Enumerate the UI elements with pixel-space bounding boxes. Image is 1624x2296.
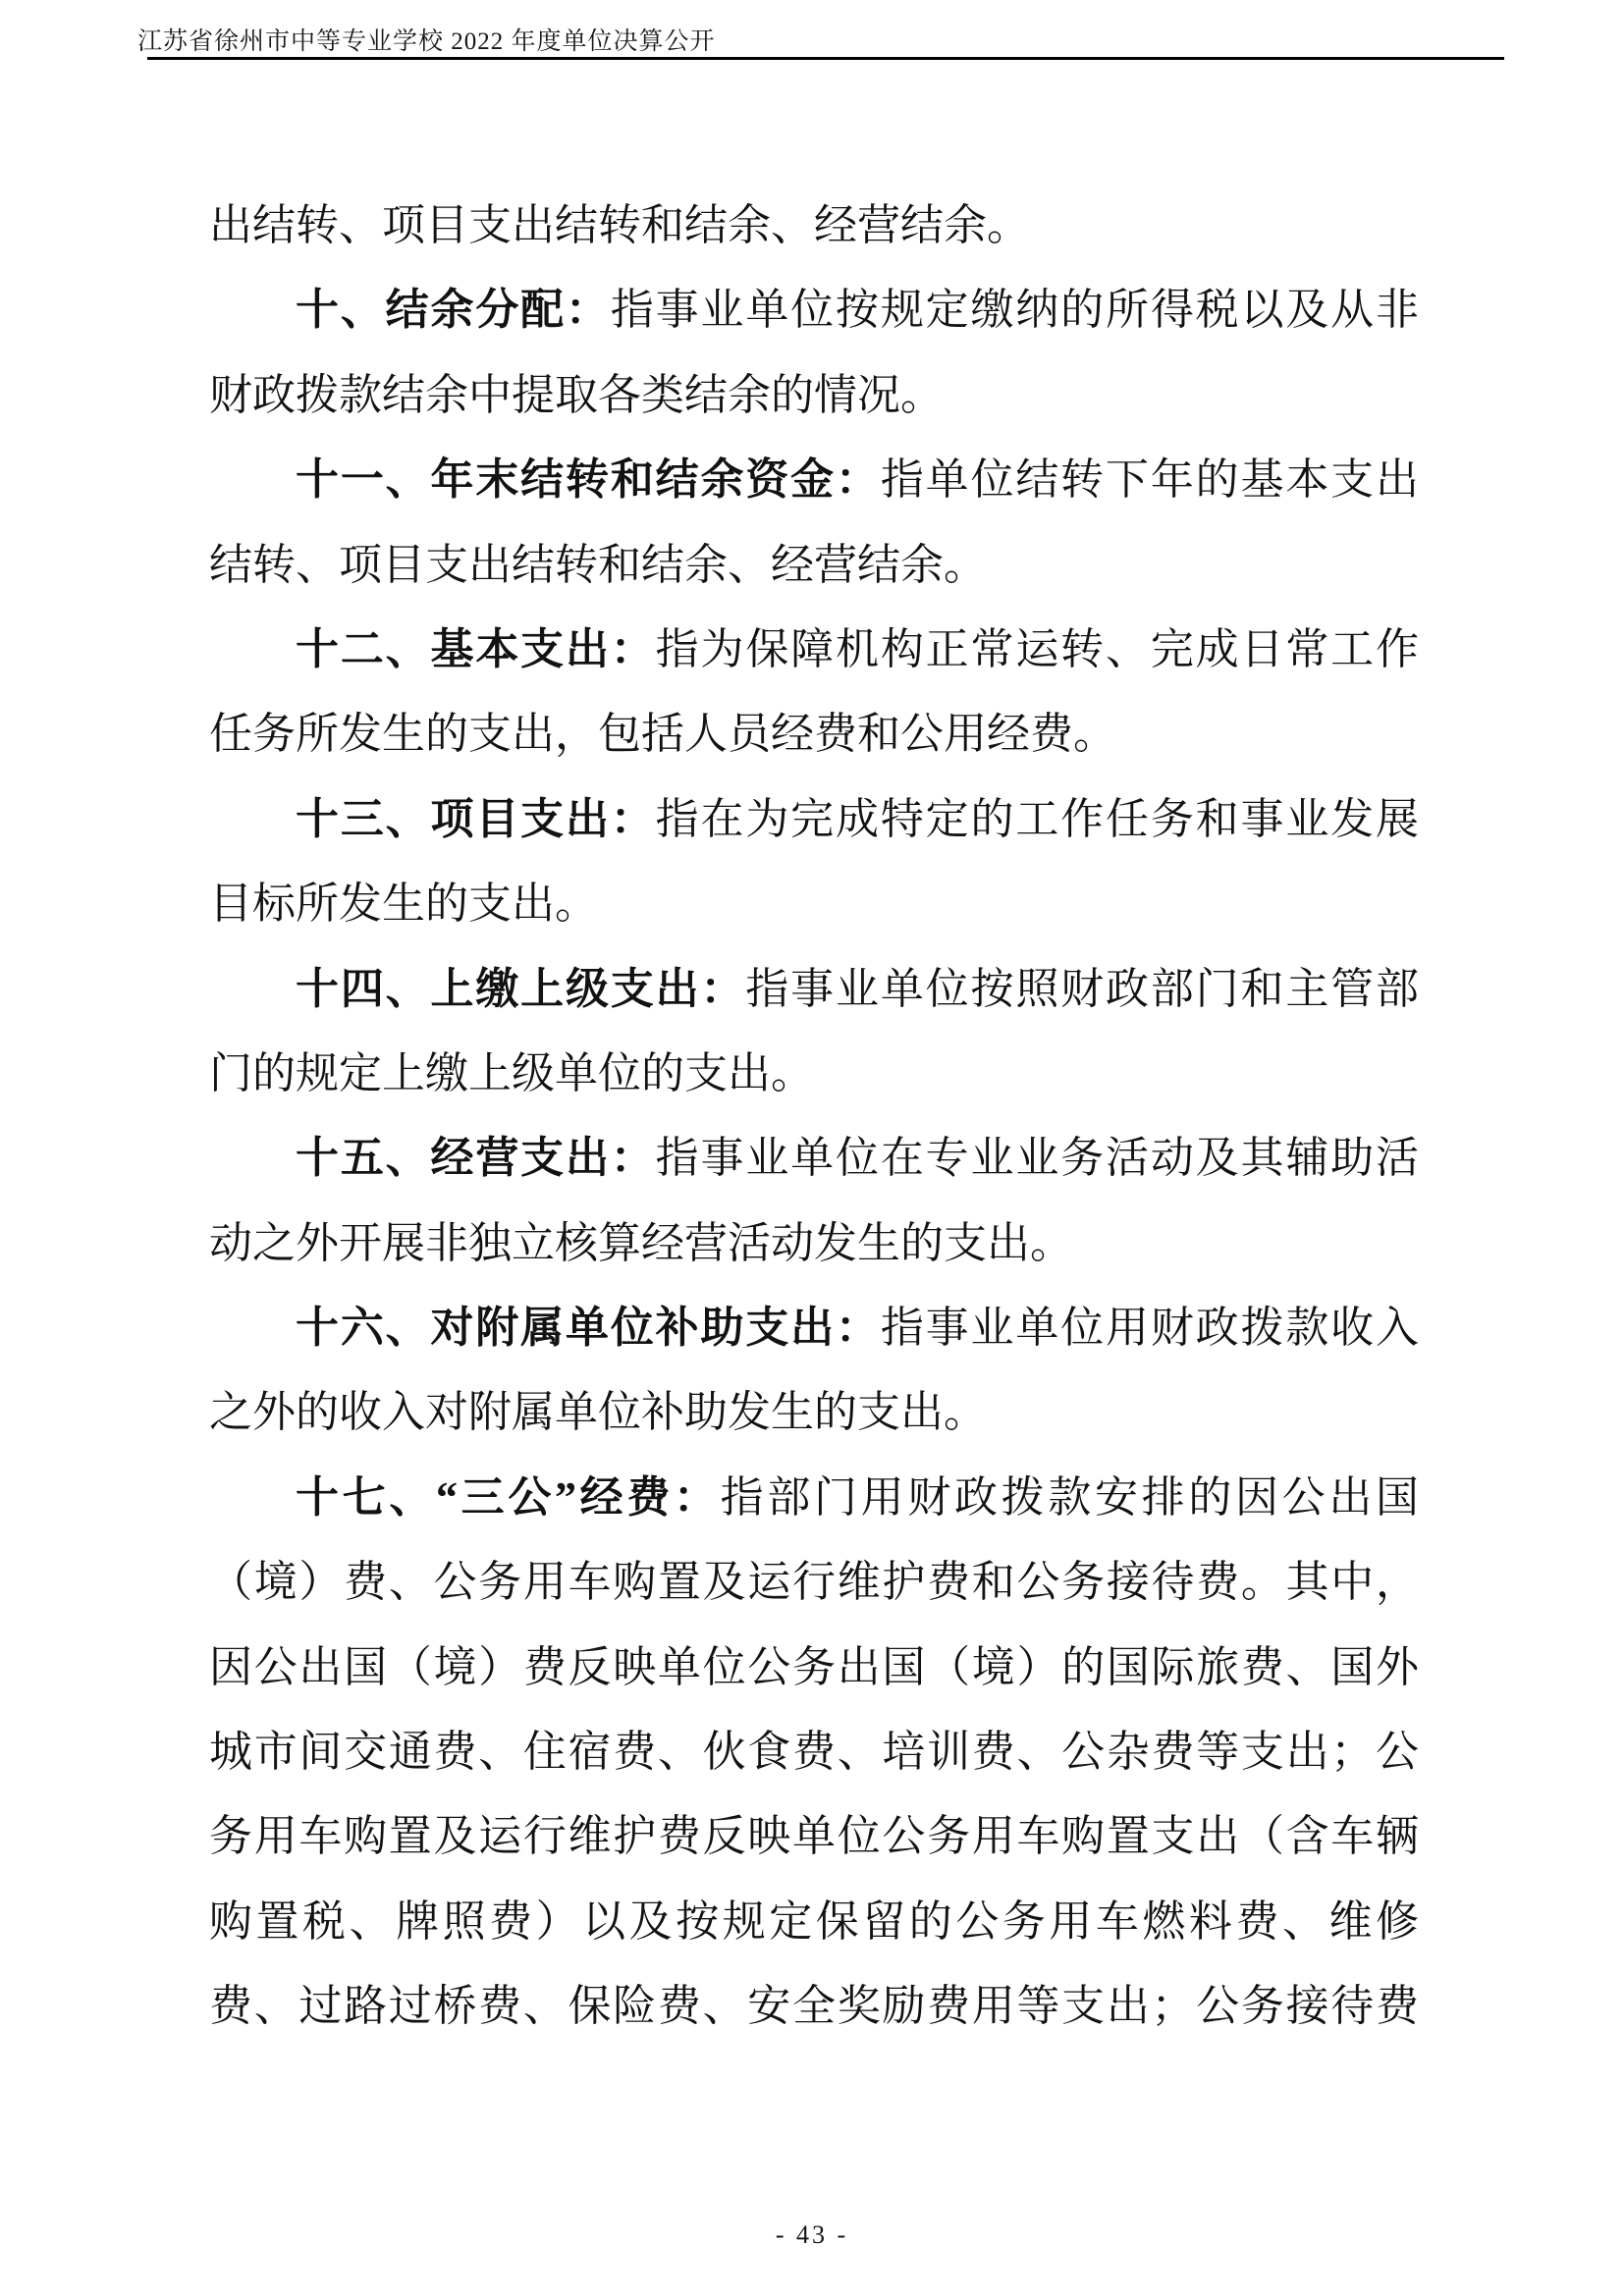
text-line: 动之外开展非独立核算经营活动发生的支出。 [209, 1201, 1419, 1286]
page-number: - 43 - [0, 2220, 1624, 2250]
line-text: 购置税、牌照费）以及按规定保留的公务用车燃料费、维修 [209, 1897, 1419, 1946]
term-heading: 十四、上缴上级支出： [296, 965, 745, 1013]
line-text: 目标所发生的支出。 [209, 880, 598, 928]
text-line: 费、过路过桥费、保险费、安全奖励费用等支出；公务接待费 [209, 1964, 1419, 2049]
line-text: 门的规定上缴上级单位的支出。 [209, 1049, 814, 1097]
text-line: 十一、年末结转和结余资金：指单位结转下年的基本支出 [209, 438, 1419, 522]
text-line: 务用车购置及运行维护费反映单位公务用车购置支出（含车辆 [209, 1794, 1419, 1879]
line-text: 动之外开展非独立核算经营活动发生的支出。 [209, 1219, 1073, 1267]
document-page: 江苏省徐州市中等专业学校 2022 年度单位决算公开 出结转、项目支出结转和结余… [0, 0, 1624, 2296]
text-line: 结转、项目支出结转和结余、经营结余。 [209, 523, 1419, 608]
line-text: 出结转、项目支出结转和结余、经营结余。 [209, 201, 1030, 249]
line-text: 指部门用财政拨款安排的因公出国 [721, 1473, 1419, 1522]
text-line: 购置税、牌照费）以及按规定保留的公务用车燃料费、维修 [209, 1880, 1419, 1964]
line-text: 之外的收入对附属单位补助发生的支出。 [209, 1388, 987, 1436]
line-text: 指事业单位在专业业务活动及其辅助活 [656, 1134, 1419, 1182]
line-text: 因公出国（境）费反映单位公务出国（境）的国际旅费、国外 [209, 1643, 1419, 1691]
line-text: 指事业单位用财政拨款收入 [881, 1304, 1419, 1352]
text-line: 十、结余分配：指事业单位按规定缴纳的所得税以及从非 [209, 268, 1419, 352]
line-text: 财政拨款结余中提取各类结余的情况。 [209, 371, 944, 419]
text-line: 十二、基本支出：指为保障机构正常运转、完成日常工作 [209, 608, 1419, 692]
text-line: 任务所发生的支出，包括人员经费和公用经费。 [209, 692, 1419, 776]
line-text: 指单位结转下年的基本支出 [881, 455, 1419, 504]
text-line: 十七、“三公”经费：指部门用财政拨款安排的因公出国 [209, 1456, 1419, 1540]
body-text: 出结转、项目支出结转和结余、经营结余。十、结余分配：指事业单位按规定缴纳的所得税… [209, 184, 1419, 2050]
line-text: 指为保障机构正常运转、完成日常工作 [656, 625, 1419, 673]
line-text: 务用车购置及运行维护费反映单位公务用车购置支出（含车辆 [209, 1812, 1419, 1860]
term-heading: 十、结余分配： [296, 286, 611, 334]
text-line: 目标所发生的支出。 [209, 862, 1419, 946]
term-heading: 十六、对附属单位补助支出： [296, 1304, 881, 1352]
term-heading: 十三、项目支出： [296, 795, 656, 843]
term-heading: 十五、经营支出： [296, 1134, 656, 1182]
line-text: 指在为完成特定的工作任务和事业发展 [656, 795, 1419, 843]
text-line: 之外的收入对附属单位补助发生的支出。 [209, 1370, 1419, 1455]
term-heading: 十一、年末结转和结余资金： [296, 455, 881, 504]
text-line: 财政拨款结余中提取各类结余的情况。 [209, 353, 1419, 438]
line-text: 结转、项目支出结转和结余、经营结余。 [209, 541, 987, 589]
text-line: 城市间交通费、住宿费、伙食费、培训费、公杂费等支出；公 [209, 1710, 1419, 1794]
header-rule [147, 57, 1504, 60]
line-text: 费、过路过桥费、保险费、安全奖励费用等支出；公务接待费 [209, 1982, 1419, 2030]
text-line: 十五、经营支出：指事业单位在专业业务活动及其辅助活 [209, 1116, 1419, 1201]
text-line: （境）费、公务用车购置及运行维护费和公务接待费。其中， [209, 1540, 1419, 1625]
line-text: 指事业单位按照财政部门和主管部 [745, 965, 1419, 1013]
text-line: 出结转、项目支出结转和结余、经营结余。 [209, 184, 1419, 268]
term-heading: 十二、基本支出： [296, 625, 656, 673]
header-title: 江苏省徐州市中等专业学校 2022 年度单位决算公开 [137, 22, 716, 57]
text-line: 因公出国（境）费反映单位公务出国（境）的国际旅费、国外 [209, 1626, 1419, 1710]
term-heading: 十七、“三公”经费： [296, 1473, 721, 1522]
line-text: （境）费、公务用车购置及运行维护费和公务接待费。其中， [209, 1558, 1419, 1606]
text-line: 十三、项目支出：指在为完成特定的工作任务和事业发展 [209, 777, 1419, 862]
line-text: 指事业单位按规定缴纳的所得税以及从非 [611, 286, 1419, 334]
text-line: 十六、对附属单位补助支出：指事业单位用财政拨款收入 [209, 1286, 1419, 1370]
line-text: 任务所发生的支出，包括人员经费和公用经费。 [209, 710, 1116, 758]
text-line: 十四、上缴上级支出：指事业单位按照财政部门和主管部 [209, 947, 1419, 1032]
text-line: 门的规定上缴上级单位的支出。 [209, 1032, 1419, 1116]
line-text: 城市间交通费、住宿费、伙食费、培训费、公杂费等支出；公 [209, 1728, 1419, 1776]
